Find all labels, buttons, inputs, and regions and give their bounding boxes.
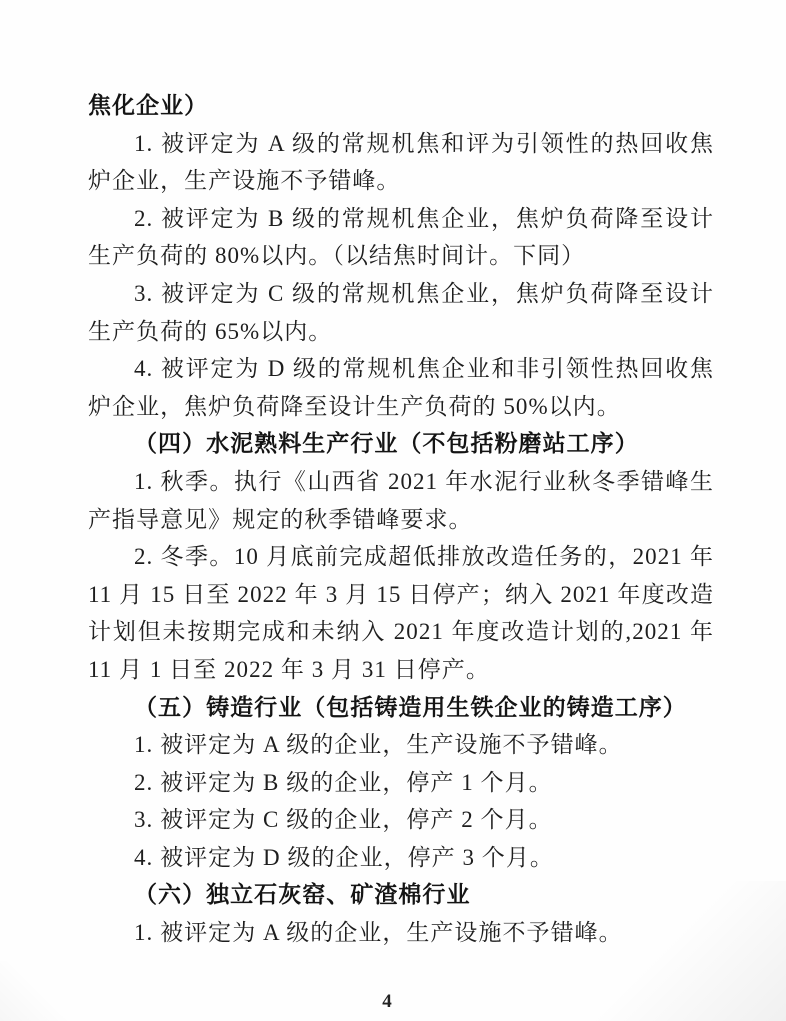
list-item-coking-grade-a: 1. 被评定为 A 级的常规机焦和评为引领性的热回收焦炉企业，生产设施不予错峰。: [88, 125, 714, 200]
document-page: 焦化企业） 1. 被评定为 A 级的常规机焦和评为引领性的热回收焦炉企业，生产设…: [0, 0, 786, 1021]
list-item-coking-grade-d: 4. 被评定为 D 级的常规机焦企业和非引领性热回收焦炉企业，焦炉负荷降至设计生…: [88, 350, 714, 425]
heading-runover-coking-enterprises: 焦化企业）: [88, 87, 714, 125]
section-heading-lime-kiln-slag-wool: （六）独立石灰窑、矿渣棉行业: [88, 876, 714, 914]
list-item-lime-kiln-grade-a: 1. 被评定为 A 级的企业，生产设施不予错峰。: [88, 914, 714, 952]
section-heading-foundry: （五）铸造行业（包括铸造用生铁企业的铸造工序）: [88, 689, 714, 727]
list-item-foundry-grade-c: 3. 被评定为 C 级的企业，停产 2 个月。: [88, 801, 714, 839]
list-item-foundry-grade-b: 2. 被评定为 B 级的企业，停产 1 个月。: [88, 764, 714, 802]
list-item-cement-winter: 2. 冬季。10 月底前完成超低排放改造任务的，2021 年 11 月 15 日…: [88, 538, 714, 688]
section-heading-cement: （四）水泥熟料生产行业（不包括粉磨站工序）: [88, 425, 714, 463]
list-item-foundry-grade-d: 4. 被评定为 D 级的企业，停产 3 个月。: [88, 839, 714, 877]
list-item-coking-grade-b: 2. 被评定为 B 级的常规机焦企业，焦炉负荷降至设计生产负荷的 80%以内。（…: [88, 200, 714, 275]
document-body-text: 焦化企业） 1. 被评定为 A 级的常规机焦和评为引领性的热回收焦炉企业，生产设…: [88, 87, 714, 952]
page-number: 4: [0, 991, 774, 1013]
list-item-cement-autumn: 1. 秋季。执行《山西省 2021 年水泥行业秋冬季错峰生产指导意见》规定的秋季…: [88, 463, 714, 538]
list-item-foundry-grade-a: 1. 被评定为 A 级的企业，生产设施不予错峰。: [88, 726, 714, 764]
list-item-coking-grade-c: 3. 被评定为 C 级的常规机焦企业，焦炉负荷降至设计生产负荷的 65%以内。: [88, 275, 714, 350]
